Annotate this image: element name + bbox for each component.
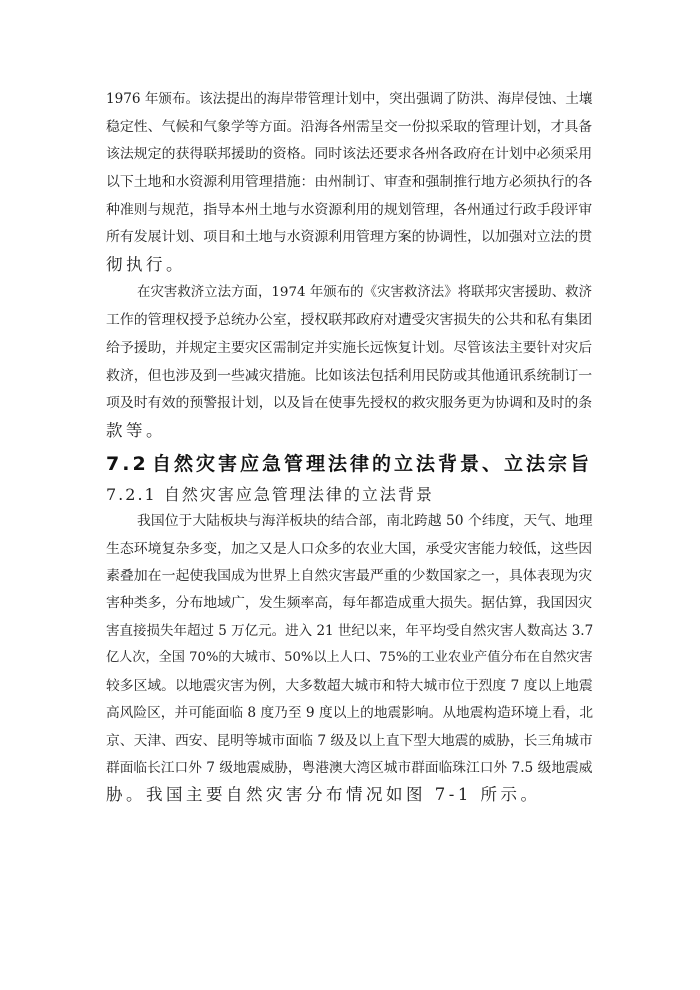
section-title: 自然灾害应急管理法律的立法背景、立法宗旨 — [152, 453, 592, 475]
text-line: 京、天津、西安、昆明等城市面临 7 级及以上直下型大地震的威胁，长三角城市 — [106, 727, 593, 755]
subsection-title: 自然灾害应急管理法律的立法背景 — [164, 485, 434, 504]
text-line: 款等。 — [106, 417, 593, 445]
document-page: 1976 年颁布。该法提出的海岸带管理计划中，突出强调了防洪、海岸侵蚀、土壤 稳… — [0, 0, 700, 990]
text-line: 彻执行。 — [106, 251, 593, 279]
text-line: 所有发展计划、项目和土地与水资源利用管理方案的协调性，以加强对立法的贯 — [106, 223, 593, 251]
text-line: 较多区域。以地震灾害为例，大多数超大城市和特大城市位于烈度 7 度以上地震 — [106, 672, 593, 700]
text-line: 害直接损失年超过 5 万亿元。进入 21 世纪以来，年平均受自然灾害人数高达 3… — [106, 617, 593, 645]
text-line: 项及时有效的预警报计划，以及旨在使事先授权的救灾服务更为协调和及时的条 — [106, 389, 593, 417]
text-line: 群面临长江口外 7 级地震威胁，粤港澳大湾区城市群面临珠江口外 7.5 级地震威 — [106, 754, 593, 782]
subsection-heading: 7.2.1 自然灾害应急管理法律的立法背景 — [106, 481, 434, 509]
text-line: 种准则与规范，指导本州土地与水资源利用的规划管理，各州通过行政手段评审 — [106, 196, 593, 224]
section-number: 7.2 — [106, 450, 152, 478]
text-line: 高风险区，并可能面临 8 度乃至 9 度以上的地震影响。从地震构造环境上看，北 — [106, 699, 593, 727]
text-line: 害种类多，分布地域广，发生频率高，每年都造成重大损失。据估算，我国因灾 — [106, 589, 593, 617]
text-line: 在灾害救济立法方面，1974 年颁布的《灾害救济法》将联邦灾害援助、救济 — [137, 279, 593, 307]
text-line: 生态环境复杂多变，加之又是人口众多的农业大国，承受灾害能力较低，这些因 — [106, 535, 593, 563]
text-line: 胁。我国主要自然灾害分布情况如图 7-1 所示。 — [106, 781, 593, 809]
text-line: 给予援助，并规定主要灾区需制定并实施长远恢复计划。尽管该法主要针对灾后 — [106, 334, 593, 362]
section-heading: 7.2自然灾害应急管理法律的立法背景、立法宗旨 — [106, 450, 592, 478]
text-line: 救济，但也涉及到一些减灾措施。比如该法包括利用民防或其他通讯系统制订一 — [106, 362, 593, 390]
text-line: 1976 年颁布。该法提出的海岸带管理计划中，突出强调了防洪、海岸侵蚀、土壤 — [106, 85, 593, 113]
text-line: 我国位于大陆板块与海洋板块的结合部，南北跨越 50 个纬度，天气、地理 — [137, 507, 593, 535]
text-line: 该法规定的获得联邦援助的资格。同时该法还要求各州各政府在计划中必须采用 — [106, 140, 593, 168]
text-line: 素叠加在一起使我国成为世界上自然灾害最严重的少数国家之一，具体表现为灾 — [106, 562, 593, 590]
subsection-number: 7.2.1 — [106, 485, 157, 504]
text-line: 稳定性、气候和气象学等方面。沿海各州需呈交一份拟采取的管理计划，才具备 — [106, 113, 593, 141]
text-line: 工作的管理权授予总统办公室，授权联邦政府对遭受灾害损失的公共和私有集团 — [106, 306, 593, 334]
text-line: 以下土地和水资源利用管理措施：由州制订、审查和强制推行地方必须执行的各 — [106, 168, 593, 196]
text-line: 亿人次，全国 70%的大城市、50%以上人口、75%的工业农业产值分布在自然灾害 — [106, 644, 593, 672]
